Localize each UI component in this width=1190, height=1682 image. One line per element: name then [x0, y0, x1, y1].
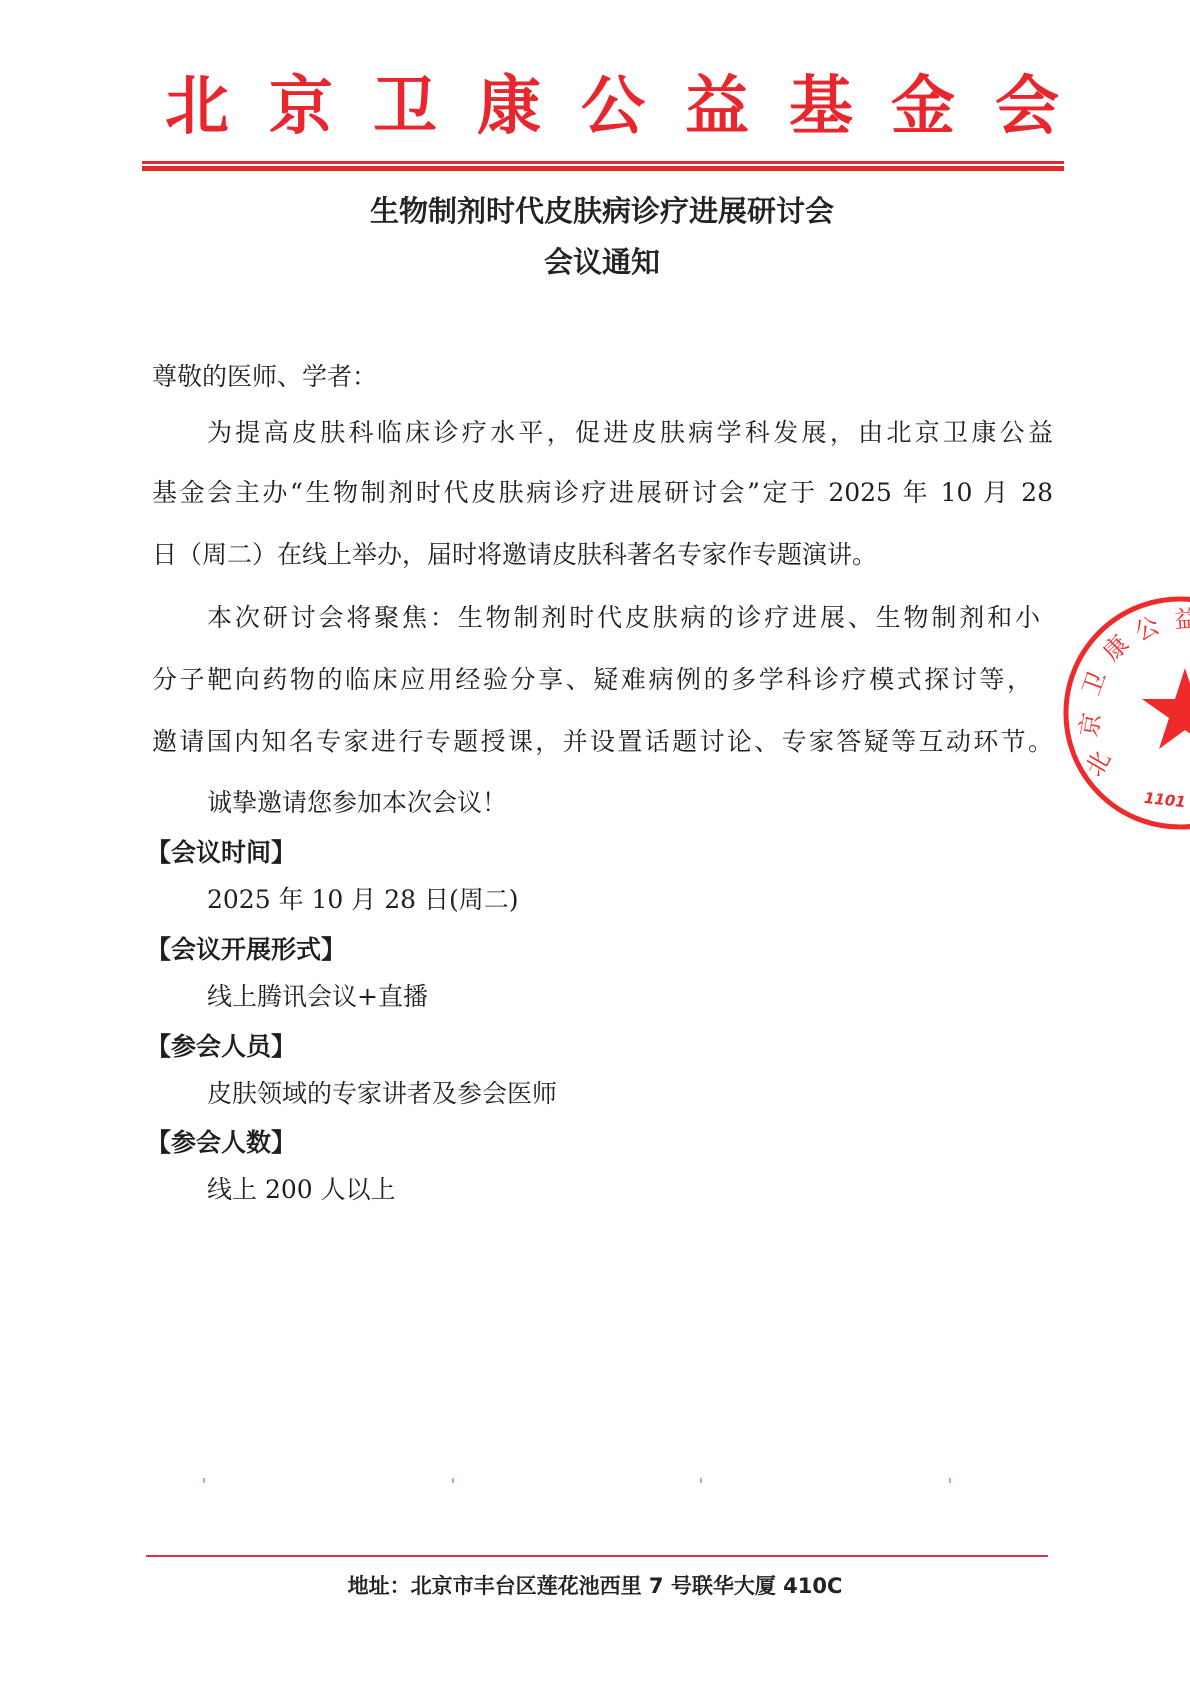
letterhead-char: 卫 — [370, 70, 440, 144]
section-heading-attendees: 【参会人员】 — [146, 1032, 296, 1062]
paragraph-line: 基金会主办“生物制剂时代皮肤病诊疗进展研讨会”定于 2025 年 10 月 28 — [152, 478, 1053, 508]
section-heading-time: 【会议时间】 — [146, 838, 296, 868]
footer-address: 地址：北京市丰台区莲花池西里 7 号联华大厦 410C — [0, 1572, 1190, 1600]
letterhead-char: 公 — [578, 70, 648, 144]
scan-speck — [203, 1478, 205, 1483]
letterhead-char: 基 — [786, 70, 856, 144]
section-heading-format: 【会议开展形式】 — [146, 935, 346, 965]
letterhead-char: 康 — [474, 70, 544, 144]
section-value-time: 2025 年 10 月 28 日(周二) — [207, 885, 519, 915]
seal-char: 益 — [1173, 598, 1190, 635]
letterhead-char: 会 — [992, 70, 1062, 144]
section-value-attendees: 皮肤领域的专家讲者及参会医师 — [207, 1079, 557, 1109]
letterhead-char: 北 — [162, 70, 232, 144]
paragraph-line: 分子靶向药物的临床应用经验分享、疑难病例的多学科诊疗模式探讨等， — [152, 665, 1032, 695]
section-value-headcount: 线上 200 人以上 — [207, 1175, 396, 1205]
official-seal: 北 京 卫 康 公 益 1101 — [1062, 595, 1190, 831]
footer-divider — [146, 1555, 1048, 1557]
document-title: 生物制剂时代皮肤病诊疗进展研讨会 — [0, 194, 1190, 228]
scan-speck — [452, 1478, 454, 1483]
organization-letterhead: 北 京 卫 康 公 益 基 金 会 — [150, 70, 1070, 144]
star-icon — [1142, 668, 1190, 749]
letterhead-divider-thin — [142, 161, 1064, 164]
letterhead-char: 京 — [266, 70, 336, 144]
salutation: 尊敬的医师、学者： — [152, 362, 377, 392]
paragraph-line: 为提高皮肤科临床诊疗水平，促进皮肤病学科发展，由北京卫康公益 — [207, 418, 1053, 448]
document-subtitle: 会议通知 — [0, 245, 1190, 279]
letterhead-char: 益 — [682, 70, 752, 144]
paragraph-line: 本次研讨会将聚焦：生物制剂时代皮肤病的诊疗进展、生物制剂和小 — [207, 603, 1040, 633]
letterhead-char: 金 — [888, 70, 958, 144]
letterhead-divider-thick — [142, 166, 1064, 171]
scan-speck — [700, 1478, 702, 1483]
section-value-format: 线上腾讯会议+直播 — [207, 982, 428, 1012]
paragraph-line: 日（周二）在线上举办，届时将邀请皮肤科著名专家作专题演讲。 — [152, 540, 877, 570]
paragraph-line: 邀请国内知名专家进行专题授课，并设置话题讨论、专家答疑等互动环节。 — [152, 727, 1052, 757]
section-heading-headcount: 【参会人数】 — [146, 1128, 296, 1158]
invitation-line: 诚挚邀请您参加本次会议！ — [207, 788, 507, 818]
scan-speck — [949, 1478, 951, 1483]
